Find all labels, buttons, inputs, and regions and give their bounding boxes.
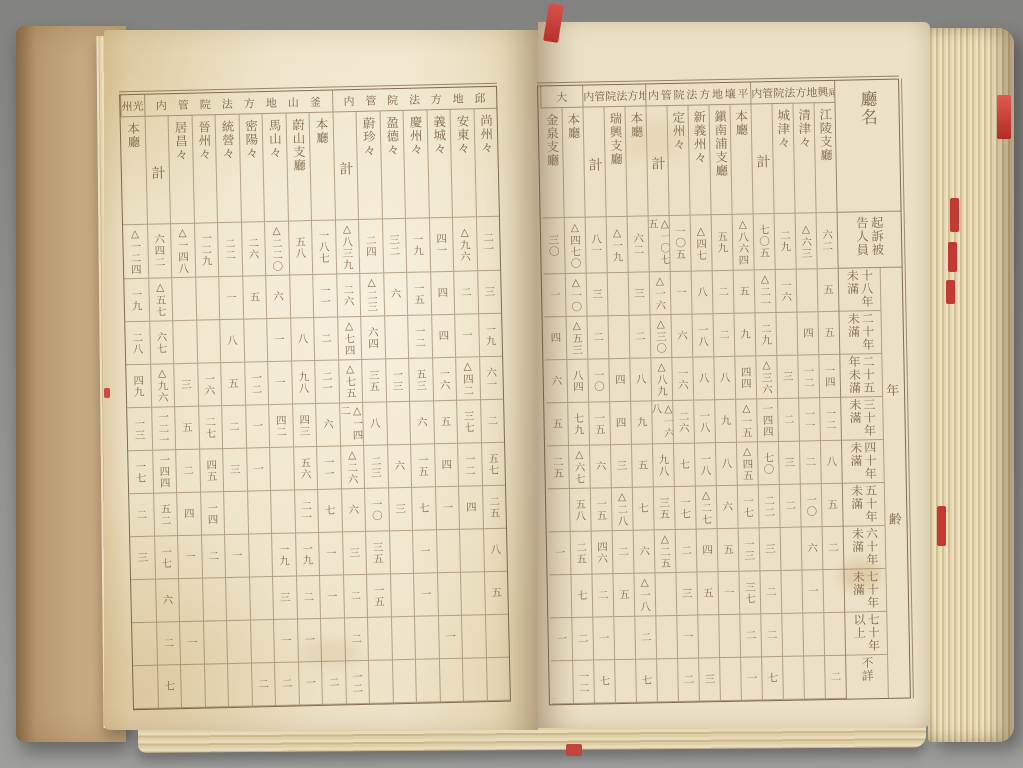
table-cell xyxy=(225,578,249,622)
group-label-char: 地 xyxy=(806,84,817,100)
table-cell: 二四 xyxy=(358,219,383,274)
table-cell: 五六 xyxy=(293,447,317,491)
table-cell: 一 xyxy=(273,619,297,663)
table-cell: △九六 xyxy=(452,217,477,272)
table-cell: 五 xyxy=(433,401,457,445)
table-cell xyxy=(227,664,251,708)
table-cell: 一五 xyxy=(590,488,612,531)
age-axis-char: 年 xyxy=(886,379,899,398)
table-cell xyxy=(438,659,462,703)
table-cell: 八 xyxy=(715,443,737,486)
table-cell: 六 xyxy=(409,401,433,445)
table-cell: 一五 xyxy=(410,444,434,488)
table-cell: 一 xyxy=(245,405,269,449)
table-cell: 四 xyxy=(545,317,567,360)
table-cell xyxy=(171,278,195,322)
table-cell: 六四二 xyxy=(147,224,172,279)
group-label-char: 光 xyxy=(132,97,143,113)
table-cell xyxy=(132,623,156,667)
table-cell: 一九 xyxy=(405,218,430,273)
table-cell: 一二一 xyxy=(151,407,175,451)
table-cell: 一 xyxy=(717,572,739,615)
table-cell: 九八 xyxy=(291,361,315,405)
table-cell: 二一 xyxy=(475,217,500,272)
table-cell: 七 xyxy=(317,489,341,533)
table-cell xyxy=(270,491,294,535)
table-cell: 四五 xyxy=(199,449,223,493)
office-column-name: 馬山々 xyxy=(262,114,288,223)
table-body: 邱地方法院管内釜山地方法院管内光州尚州々安東々義城々慶州々盈德々蔚珍々計本廳蔚山… xyxy=(120,87,510,709)
table-cell: 二六 xyxy=(672,401,694,444)
table-cell: △四七 xyxy=(690,215,712,271)
group-label-char: 邱 xyxy=(474,90,485,106)
table-cell: 九 xyxy=(630,401,652,444)
table-cell: △一〇 xyxy=(565,274,587,317)
table-cell: 一 xyxy=(454,314,478,358)
table-cell: 六 xyxy=(383,273,407,317)
table-cell: △一九 xyxy=(606,217,628,273)
table-cell: 八 xyxy=(691,271,713,314)
table-cell xyxy=(718,615,740,658)
table-cell: 三七 xyxy=(738,571,760,614)
table-cell: 七 xyxy=(635,659,657,702)
table-cell: 三 xyxy=(776,356,798,399)
table-cell: 五 xyxy=(220,363,244,407)
table-cell: 二 xyxy=(824,656,846,699)
group-label-2: 海州地方法院管内 xyxy=(582,84,645,107)
table-cell: 四 xyxy=(458,486,482,530)
red-bookmark-mark xyxy=(104,388,110,398)
office-column-name: 本廳 xyxy=(309,113,335,222)
table-cell xyxy=(133,666,157,710)
table-cell: △二三 xyxy=(359,273,383,317)
group-label-char: 山 xyxy=(288,94,299,110)
table-cell: 五 xyxy=(242,276,266,320)
table-cell: 一一 xyxy=(312,274,336,318)
table-cell: 一 xyxy=(297,662,321,706)
group-label-char: 壤 xyxy=(724,85,735,101)
table-cell: 五 xyxy=(483,572,507,616)
table-cell xyxy=(391,660,415,704)
table-row: 六二△六三二九七〇五△八六四五九△四七一〇五△一〇七五六二△一九八一△四七〇三〇 xyxy=(543,213,838,275)
table-cell: 一二 xyxy=(457,443,481,487)
office-column-name: 清津々 xyxy=(792,103,815,213)
table-cell: 二二 xyxy=(217,223,242,278)
table-cell: 二 xyxy=(587,316,609,359)
table-cell: 一六 xyxy=(197,363,221,407)
group-label-char: 院 xyxy=(200,96,211,112)
office-column-name: 計 xyxy=(583,107,606,217)
table-cell: △二五 xyxy=(654,530,676,573)
table-cell: 三五 xyxy=(365,531,389,575)
table-cell: 八 xyxy=(219,320,243,364)
table-cell: 一二 xyxy=(407,315,431,359)
table-cell xyxy=(249,577,273,621)
group-label-char: 方 xyxy=(627,87,638,103)
table-cell: 一 xyxy=(177,536,201,580)
table-cell: 八四 xyxy=(566,360,588,403)
table-cell: 一五 xyxy=(406,272,430,316)
table-cell xyxy=(781,614,803,657)
table-cell: 五八 xyxy=(569,489,591,532)
table-cell: △二一 xyxy=(754,270,776,313)
table-cell: 一六 xyxy=(432,358,456,402)
table-cell: 六二 xyxy=(816,213,838,269)
table-cell: 三 xyxy=(759,528,781,571)
table-cell: 八 xyxy=(820,441,842,484)
group-label-char: 咸 xyxy=(828,83,834,99)
table-cell: △一六八 xyxy=(651,401,673,444)
office-column-name: 義城々 xyxy=(426,110,452,219)
table-cell: 二 xyxy=(201,535,225,579)
table-cell xyxy=(607,273,629,316)
table-cell: △九六 xyxy=(150,364,174,408)
table-cell: 二 xyxy=(822,527,844,570)
table-cell: 二五 xyxy=(547,446,569,489)
table-cell: 一四 xyxy=(818,355,840,398)
office-column-name: 計 xyxy=(332,112,358,221)
table-cell: 五八 xyxy=(287,221,312,276)
table-cell: 三七 xyxy=(456,400,480,444)
group-label-char: 法 xyxy=(409,91,420,107)
table-cell xyxy=(172,321,196,365)
table-cell: 二 xyxy=(129,494,153,538)
table-cell: 一 xyxy=(179,622,203,666)
table-cell xyxy=(250,620,274,664)
table-cell: 三 xyxy=(272,576,296,620)
table-cell: 五二 xyxy=(153,493,177,537)
group-label-0: 咸興地方法院管内 xyxy=(750,81,834,105)
office-column-name: 尚州々 xyxy=(473,109,499,218)
age-bracket-label: 六十年未滿 xyxy=(844,526,886,570)
office-column-name: 密陽々 xyxy=(238,114,264,223)
table-cell: 一 xyxy=(550,618,572,661)
group-label-char: 釜 xyxy=(310,93,321,109)
table-cell: △三〇 xyxy=(650,315,672,358)
table-cell: △八三九 xyxy=(334,220,359,275)
age-axis-area: 年齢十八年未滿二十年未滿二十五年未滿三十年未滿四十年未滿五十年未滿六十年未滿七十… xyxy=(839,268,910,699)
group-label-char: 州 xyxy=(121,98,132,114)
table-cell: △一八 xyxy=(633,573,655,616)
table-cell xyxy=(390,617,414,661)
group-label-char: 法 xyxy=(616,87,627,103)
table-cell: 二 xyxy=(571,618,593,661)
office-column-name: 本廳 xyxy=(562,108,585,218)
office-column-name: 統營々 xyxy=(215,115,241,224)
table-cell xyxy=(415,659,439,703)
table-row: 一二三七一五三△一八五二七 xyxy=(549,570,844,619)
table-cell: 一 xyxy=(224,535,248,579)
office-column-name: 安東々 xyxy=(449,109,475,218)
group-label-char: 内 xyxy=(343,93,354,109)
table-cell: 一一 xyxy=(316,446,340,490)
table-cell: 一五 xyxy=(366,574,390,618)
office-column-name: 本廳 xyxy=(729,104,752,214)
age-bracket-label: 十八年未滿 xyxy=(839,268,881,312)
age-bracket-label: 四十年未滿 xyxy=(842,440,884,484)
table-cell: 一 xyxy=(218,277,242,321)
table-cell: 三五 xyxy=(361,359,385,403)
table-cell: 五 xyxy=(631,444,653,487)
table-cell xyxy=(823,613,845,656)
table-cell: 五九 xyxy=(711,215,733,271)
table-cell: 三 xyxy=(610,445,632,488)
photo-of-open-ledger-book: 邱地方法院管内釜山地方法院管内光州尚州々安東々義城々慶州々盈德々蔚珍々計本廳蔚山… xyxy=(0,0,1023,768)
table-cell xyxy=(320,618,344,662)
group-label-char: 方 xyxy=(795,84,806,100)
group-label-char: 法 xyxy=(784,84,795,100)
table-row: 五一〇二二二一七六△二七一七三五七△二八一五五八 xyxy=(548,484,843,533)
office-column-name: 居昌々 xyxy=(168,116,194,225)
table-cell: △五七 xyxy=(148,278,172,322)
table-cell xyxy=(437,573,461,617)
table-cell: 三 xyxy=(342,532,366,576)
table-cell: 七〇 xyxy=(757,442,779,485)
group-label-char: 管 xyxy=(178,96,189,112)
table-cell xyxy=(803,656,825,699)
right-page-table: 廳名起訴被告人員年齢十八年未滿二十年未滿二十五年未滿三十年未滿四十年未滿五十年未… xyxy=(537,79,911,706)
table-cell: 二九 xyxy=(754,313,776,356)
table-cell xyxy=(384,316,408,360)
table-cell: 二九 xyxy=(774,214,796,270)
office-column-name: 瑞興支廳 xyxy=(604,107,627,217)
indicted-persons-label: 起訴被告人員 xyxy=(854,215,885,264)
table-cell xyxy=(226,621,250,665)
table-cell xyxy=(459,529,483,573)
table-cell: 一八 xyxy=(694,443,716,486)
indicted-persons-header: 起訴被告人員 xyxy=(838,212,902,269)
table-cell: 六 xyxy=(315,403,339,447)
office-name-header: 廳名 xyxy=(835,80,901,213)
table-cell xyxy=(223,492,247,536)
age-bracket-label: 七十年未滿 xyxy=(844,569,886,613)
table-cell: 一三 xyxy=(127,408,151,452)
table-row: 一二二一二二七 xyxy=(133,658,510,710)
table-cell: 一 xyxy=(267,362,291,406)
table-cell: △八九 xyxy=(650,358,672,401)
table-cell: △一四八 xyxy=(170,224,195,279)
table-cell: 四三 xyxy=(292,404,316,448)
office-name-row: 江陵支廳清津々城津々計本廳鎭南浦支廳新義州々定州々計本廳瑞興支廳計本廳金泉支廳 xyxy=(541,103,837,219)
group-label-char: 管 xyxy=(762,85,773,101)
group-label-char: 内 xyxy=(648,87,659,103)
table-cell: 六 xyxy=(155,579,179,623)
table-cell: 三 xyxy=(130,537,154,581)
age-bracket-label: 二十五年未滿 xyxy=(840,354,882,398)
table-cell xyxy=(614,660,636,703)
group-label-char: 大 xyxy=(556,88,567,104)
table-cell: 一四 xyxy=(200,492,224,536)
table-cell: 一 xyxy=(318,532,342,576)
table-cell: 二 xyxy=(612,531,634,574)
table-cell: 二 xyxy=(296,576,320,620)
table-cell: 四六 xyxy=(591,531,613,574)
table-cell: 一 xyxy=(549,532,571,575)
table-cell: 六七 xyxy=(149,321,173,365)
table-cell: 三二 xyxy=(381,219,406,274)
table-cell xyxy=(386,402,410,446)
table-cell: △二七 xyxy=(695,486,717,529)
office-column-name: 江陵支廳 xyxy=(813,103,836,213)
table-row: 二一△九六四一一九三二二四△八三九一八七五八△二二〇二六二二一二九△一四八六四二… xyxy=(123,217,500,280)
group-label-char: 管 xyxy=(661,86,672,102)
table-cell: 二 xyxy=(480,400,504,444)
age-bracket-label: 二十年未滿 xyxy=(839,311,881,355)
table-cell: 二 xyxy=(675,530,697,573)
table-cell: △一五 xyxy=(735,399,757,442)
table-cell: 二三 xyxy=(363,445,387,489)
table-cell: 二 xyxy=(591,574,613,617)
table-cell xyxy=(654,573,676,616)
office-column-name: 計 xyxy=(144,116,170,225)
table-cell: 一 xyxy=(544,274,566,317)
age-bracket-label: 三十年未滿 xyxy=(841,397,883,441)
table-cell: 六 xyxy=(589,445,611,488)
table-cell: △二六 xyxy=(340,446,364,490)
group-label-char: 法 xyxy=(222,95,233,111)
table-cell: 一〇 xyxy=(364,488,388,532)
table-cell: 七 xyxy=(632,487,654,530)
table-cell: 二 xyxy=(713,314,735,357)
table-cell: 四 xyxy=(609,402,631,445)
table-cell: 二 xyxy=(777,399,799,442)
table-cell xyxy=(549,575,571,618)
table-cell: 一二 xyxy=(572,661,594,704)
group-label-char: 院 xyxy=(605,88,616,104)
table-cell: △三六 xyxy=(755,356,777,399)
table-cell: 一 xyxy=(740,657,762,700)
table-cell: 一〇 xyxy=(587,359,609,402)
table-cell xyxy=(368,660,392,704)
table-cell xyxy=(289,275,313,319)
table-cell: 七 xyxy=(570,575,592,618)
table-cell: △一六 xyxy=(649,272,671,315)
table-cell: 二五 xyxy=(570,532,592,575)
table-cell: 一〇五 xyxy=(669,216,691,272)
table-cell: 一 xyxy=(592,617,614,660)
office-column-name: 本廳 xyxy=(625,106,648,216)
table-cell: 一七 xyxy=(674,487,696,530)
group-label-char: 内 xyxy=(751,85,762,101)
table-cell xyxy=(802,613,824,656)
table-cell: 二 xyxy=(274,662,298,706)
table-row: 八二三七〇△四五八一八七九八五三六△六七二五 xyxy=(547,441,842,490)
table-cell: 四 xyxy=(430,272,454,316)
table-cell xyxy=(180,665,204,709)
table-cell: 五 xyxy=(717,529,739,572)
table-cell: 二 xyxy=(739,614,761,657)
table-cell: 六 xyxy=(265,276,289,320)
group-label-char: 内 xyxy=(583,88,594,104)
table-cell: 二 xyxy=(343,575,367,619)
table-cell xyxy=(367,617,391,661)
table-cell: 三五 xyxy=(653,487,675,530)
table-cell: 八 xyxy=(362,402,386,446)
table-cell: 二 xyxy=(344,618,368,662)
table-cell: 一 xyxy=(297,619,321,663)
table-cell: △四二 xyxy=(455,357,479,401)
table-cell xyxy=(389,531,413,575)
group-label-0: 邱地方法院管内 xyxy=(332,87,497,113)
table-cell: △二八 xyxy=(611,488,633,531)
table-cell: 四 xyxy=(696,529,718,572)
table-cell: 二五 xyxy=(482,486,506,530)
group-label-char: 地 xyxy=(452,90,463,106)
office-column-name: 新義州々 xyxy=(687,105,710,215)
table-cell: 二七 xyxy=(198,406,222,450)
table-row: 一二一一二一四四△一五九一八二六△一六八九四一五七九五 xyxy=(546,398,841,447)
table-cell: △五三 xyxy=(566,317,588,360)
table-cell: △七五 xyxy=(338,360,362,404)
table-cell xyxy=(462,658,486,702)
table-cell: 四 xyxy=(176,493,200,537)
table-cell: 二 xyxy=(634,616,656,659)
group-label-char: 方 xyxy=(699,86,710,102)
table-cell: △八六四 xyxy=(732,214,754,270)
group-label-char: 地 xyxy=(712,85,723,101)
table-cell: 六 xyxy=(545,360,567,403)
table-cell: 二 xyxy=(759,571,781,614)
age-axis-char: 齢 xyxy=(889,508,902,527)
table-cell: 二 xyxy=(629,315,651,358)
table-cell: 三 xyxy=(388,488,412,532)
office-name-label: 廳名 xyxy=(854,89,881,201)
table-cell xyxy=(203,621,227,665)
table-cell: 六二 xyxy=(627,216,649,272)
table-cell xyxy=(796,269,818,312)
table-cell: 一一 xyxy=(798,398,820,441)
table-cell xyxy=(248,534,272,578)
table-cell xyxy=(390,574,414,618)
red-bookmark-tab xyxy=(997,95,1011,139)
group-label-char: 院 xyxy=(387,92,398,108)
group-label-char: 興 xyxy=(817,83,828,99)
table-cell: 五 xyxy=(733,270,755,313)
table-cell xyxy=(178,579,202,623)
table-cell xyxy=(780,528,802,571)
table-row: 一四一二三△三六四四八八一六△八九八四一〇八四六 xyxy=(545,355,840,404)
table-cell: △四五 xyxy=(736,442,758,485)
table-cell: 一九 xyxy=(124,279,148,323)
table-cell xyxy=(460,572,484,616)
table-cell: 二 xyxy=(799,441,821,484)
office-column-name: 計 xyxy=(646,106,669,216)
table-cell: 三 xyxy=(675,573,697,616)
table-cell: 一 xyxy=(413,573,437,617)
group-label-char: 院 xyxy=(773,84,784,100)
group-label-char: 内 xyxy=(156,97,167,113)
table-cell: 七 xyxy=(673,444,695,487)
table-cell: △四七〇 xyxy=(564,218,586,274)
table-cell: 二 xyxy=(156,622,180,666)
table-cell: 二一 xyxy=(294,490,318,534)
table-cell xyxy=(775,313,797,356)
table-cell: △六三 xyxy=(795,213,817,269)
table-cell: △二二〇 xyxy=(264,222,289,277)
table-cell: 六 xyxy=(801,527,823,570)
table-cell: 一八七 xyxy=(311,221,336,276)
table-cell xyxy=(202,578,226,622)
table-cell: 六 xyxy=(671,315,693,358)
office-column-name: 金泉支廳 xyxy=(541,108,564,218)
table-cell xyxy=(196,320,220,364)
table-cell: 一 xyxy=(319,575,343,619)
table-cell xyxy=(719,658,741,701)
table-cell xyxy=(613,617,635,660)
table-cell: 二 xyxy=(175,450,199,494)
table-cell: 四二 xyxy=(268,405,292,449)
table-cell: 一 xyxy=(670,272,692,315)
